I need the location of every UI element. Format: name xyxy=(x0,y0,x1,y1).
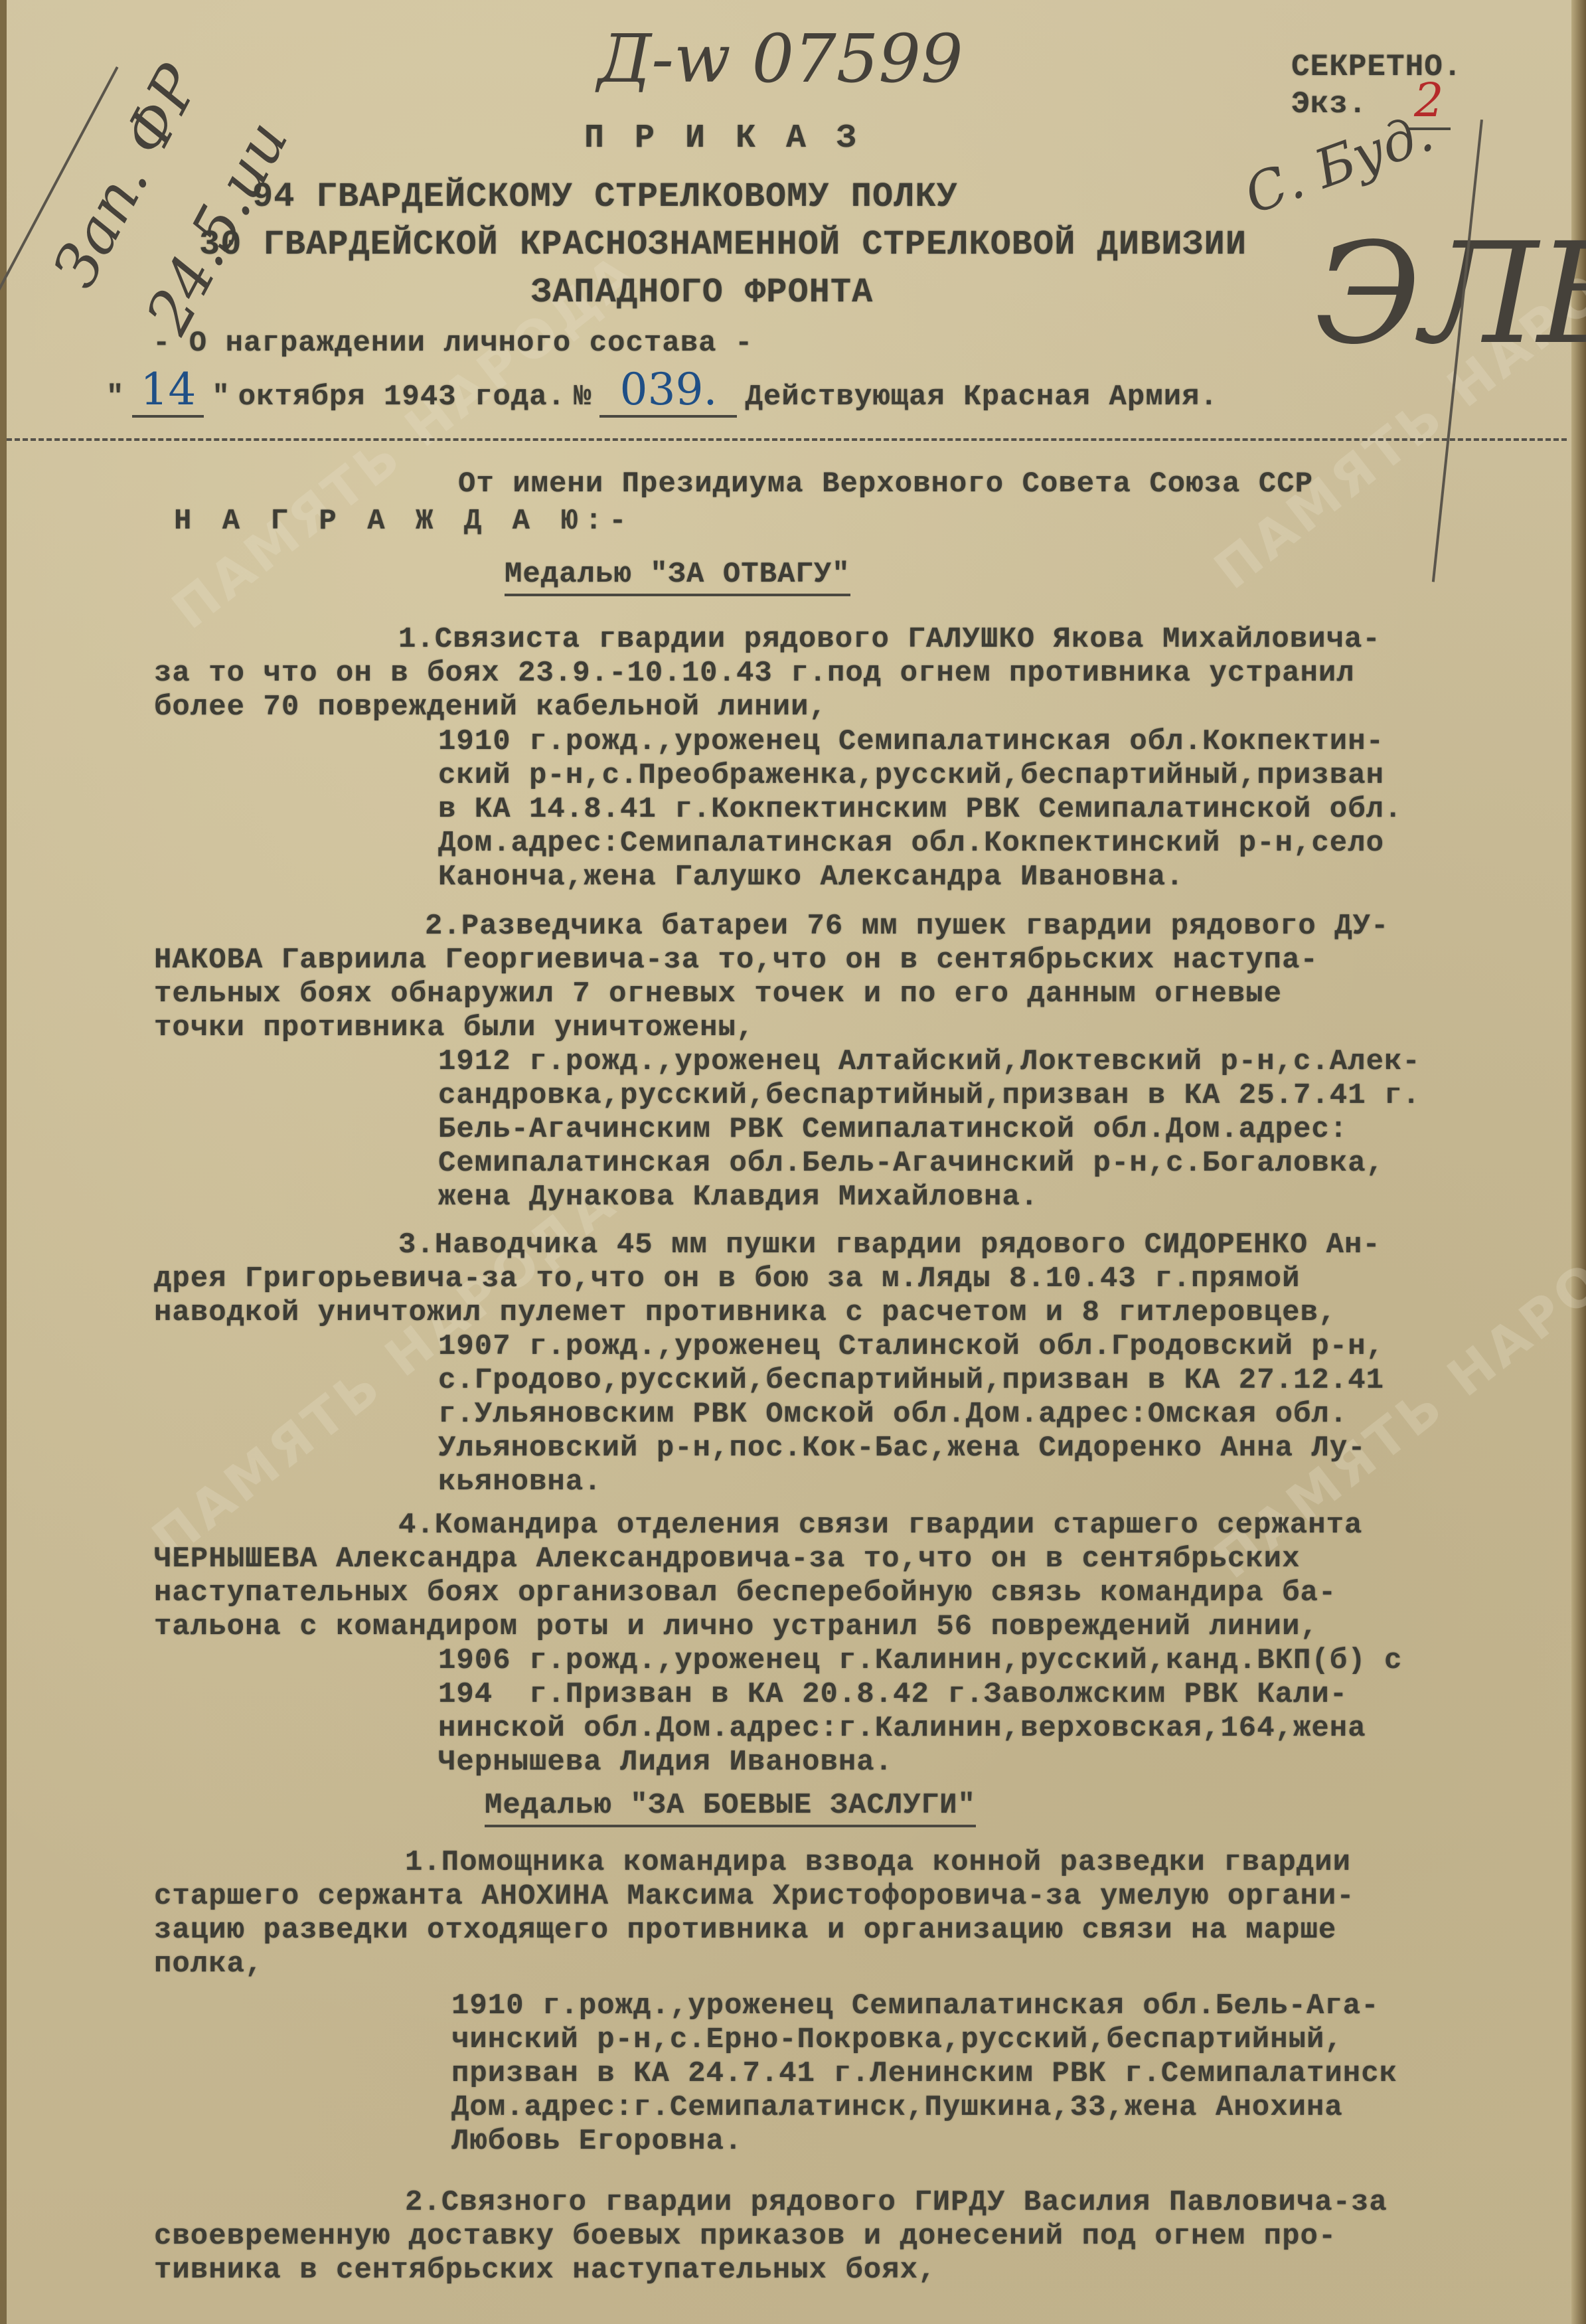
entry-line: 2.Разведчика батареи 76 мм пушек гвардии… xyxy=(425,907,1389,946)
entry-line: наступательных боях организовал беспереб… xyxy=(154,1574,1336,1612)
section-title-combat-merit-medal: Медалью "ЗА БОЕВЫЕ ЗАСЛУГИ" xyxy=(485,1786,976,1827)
entry-line: старшего сержанта АНОХИНА Максима Христо… xyxy=(154,1877,1355,1916)
entry-line: точки противника были уничтожены, xyxy=(154,1009,754,1047)
copy-label: Экз. xyxy=(1291,85,1367,124)
bio-line: с.Гродово,русский,беспартийный,призван в… xyxy=(438,1361,1384,1400)
bio-line: 194 г.Призван в КА 20.8.42 г.Заволжским … xyxy=(438,1675,1348,1714)
bio-line: кьяновна. xyxy=(438,1463,602,1501)
order-number: 039. xyxy=(599,364,737,418)
entry-line: более 70 повреждений кабельной линии, xyxy=(154,688,827,726)
preamble-line: От имени Президиума Верховного Совета Со… xyxy=(458,465,1313,503)
header-divider xyxy=(7,438,1567,441)
section-title-bravery-medal: Медалью "ЗА ОТВАГУ" xyxy=(505,555,850,596)
entry-line: тельных боях обнаружил 7 огневых точек и… xyxy=(154,975,1282,1013)
header-division: 30 ГВАРДЕЙСКОЙ КРАСНОЗНАМЕННОЙ СТРЕЛКОВО… xyxy=(199,226,1247,264)
bio-line: г.Ульяновским РВК Омской обл.Дом.адрес:О… xyxy=(438,1395,1348,1434)
entry-line: полка, xyxy=(154,1945,263,1983)
order-number-label: № xyxy=(574,378,592,416)
bio-line: Семипалатинская обл.Бель-Агачинский р-н,… xyxy=(438,1144,1384,1183)
entry-line: НАКОВА Гавриила Георгиевича-за то,что он… xyxy=(154,941,1318,979)
bio-line: Чернышева Лидия Ивановна. xyxy=(438,1743,893,1782)
bio-line: чинский р-н,с.Ерно-Покровка,русский,бесп… xyxy=(451,2021,1343,2059)
bio-line: Ульяновский р-н,пос.Кок-Бас,жена Сидорен… xyxy=(438,1429,1366,1467)
bio-line: Бель-Агачинским РВК Семипалатинской обл.… xyxy=(438,1110,1348,1149)
entry-line: своевременную доставку боевых приказов и… xyxy=(154,2217,1336,2256)
entry-line: 4.Командира отделения связи гвардии стар… xyxy=(398,1506,1362,1544)
header-regiment: 94 ГВАРДЕЙСКОМУ СТРЕЛКОВОМУ ПОЛКУ xyxy=(252,178,958,216)
order-dateline: " 14 " октября 1943 года. № 039. Действу… xyxy=(106,364,1218,418)
bio-line: нинской обл.Дом.адрес:г.Калинин,верховск… xyxy=(438,1709,1366,1748)
header-front: ЗАПАДНОГО ФРОНТА xyxy=(531,274,873,312)
quote-open: " xyxy=(106,378,124,416)
bio-line: Дом.адрес:Семипалатинская обл.Кокпектинс… xyxy=(438,824,1384,863)
quote-close: " xyxy=(212,378,230,416)
order-date-day: 14 xyxy=(132,364,204,418)
entry-line: наводкой уничтожил пулемет противника с … xyxy=(154,1293,1336,1332)
order-title: П Р И К А З xyxy=(584,120,862,158)
entry-line: 1.Связиста гвардии рядового ГАЛУШКО Яков… xyxy=(398,620,1381,659)
entry-line: 3.Наводчика 45 мм пушки гвардии рядового… xyxy=(398,1226,1381,1264)
bio-line: 1910 г.рожд.,уроженец Семипалатинская об… xyxy=(438,722,1384,761)
bio-line: Любовь Егоровна. xyxy=(451,2122,742,2161)
entry-line: за то что он в боях 23.9.-10.10.43 г.под… xyxy=(154,654,1355,693)
entry-line: ЧЕРНЫШЕВА Александра Александровича-за т… xyxy=(154,1540,1300,1578)
order-location: Действующая Красная Армия. xyxy=(745,378,1218,416)
order-date-rest: октября 1943 года. xyxy=(238,378,566,416)
bio-line: 1906 г.рожд.,уроженец г.Калинин,русский,… xyxy=(438,1641,1402,1680)
large-handwritten-mark: ЭЛБ xyxy=(1314,212,1586,375)
entry-line: тальона с командиром роты и лично устран… xyxy=(154,1608,1318,1646)
bio-line: Дом.адрес:г.Семипалатинск,Пушкина,33,жен… xyxy=(451,2088,1343,2127)
bio-line: 1910 г.рожд.,уроженец Семипалатинская об… xyxy=(451,1987,1380,2025)
page-edge-left xyxy=(0,0,7,2324)
entry-line: 1.Помощника командира взвода конной разв… xyxy=(405,1843,1351,1882)
archive-number: Д-w 07599 xyxy=(597,20,963,98)
bio-line: сандровка,русский,беспартийный,призван в… xyxy=(438,1076,1421,1115)
bio-line: жена Дунакова Клавдия Михайловна. xyxy=(438,1178,1038,1216)
entry-line: 2.Связного гвардии рядового ГИРДУ Васили… xyxy=(405,2183,1388,2222)
bio-line: Канонча,жена Галушко Александра Ивановна… xyxy=(438,858,1184,896)
entry-line: зацию разведки отходящего противника и о… xyxy=(154,1911,1336,1950)
bio-line: призван в КА 24.7.41 г.Ленинским РВК г.С… xyxy=(451,2054,1397,2093)
bio-line: 1912 г.рожд.,уроженец Алтайский,Локтевск… xyxy=(438,1042,1421,1081)
bio-line: ский р-н,с.Преображенка,русский,беспарти… xyxy=(438,756,1384,795)
entry-line: тивника в сентябрьских наступательных бо… xyxy=(154,2251,936,2289)
entry-line: дрея Григорьевича-за то,что он в бою за … xyxy=(154,1260,1300,1298)
order-subject: - О награждении личного состава - xyxy=(153,324,753,363)
bio-line: 1907 г.рожд.,уроженец Сталинской обл.Гро… xyxy=(438,1327,1384,1366)
bio-line: в КА 14.8.41 г.Кокпектинским РВК Семипал… xyxy=(438,790,1402,829)
document-page: ПАМЯТЬ НАРОДА ПАМЯТЬ НАРОДА ПАМЯТЬ НАРОД… xyxy=(0,0,1586,2324)
award-verb: Н А Г Р А Ж Д А Ю:- xyxy=(174,502,633,540)
